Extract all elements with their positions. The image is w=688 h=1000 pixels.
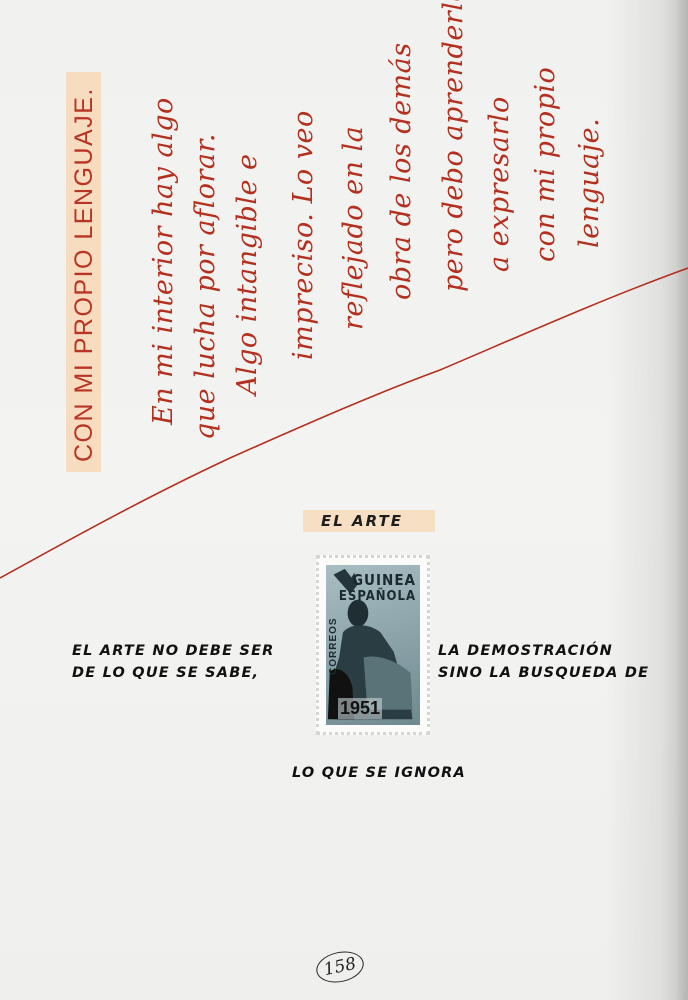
stamp-country-line2: ESPAÑOLA bbox=[339, 589, 416, 604]
stamp-image: GUINEA ESPAÑOLA CORREOS 1951 bbox=[326, 565, 420, 725]
red-line-4: impreciso. Lo veo bbox=[288, 110, 319, 360]
red-line-1: En mi interior hay algo bbox=[148, 97, 179, 425]
red-line-9: con mi propio bbox=[530, 67, 561, 262]
postage-stamp: GUINEA ESPAÑOLA CORREOS 1951 bbox=[316, 555, 430, 735]
stamp-side-text: CORREOS bbox=[328, 617, 339, 675]
red-line-10: lenguaje. bbox=[574, 118, 605, 248]
stamp-value: 1951 bbox=[338, 698, 382, 719]
red-line-3: Algo intangible e bbox=[232, 154, 263, 396]
right-phrase: la demostración sino la busqueda de bbox=[438, 640, 649, 684]
stamp-country-line1: GUINEA bbox=[352, 571, 416, 589]
right-phrase-line-2: sino la busqueda de bbox=[438, 662, 649, 684]
red-line-2: que lucha por aflorar. bbox=[190, 133, 221, 440]
red-line-8: a expresarlo bbox=[484, 96, 515, 272]
left-phrase: El arte no debe ser de lo que se sabe, bbox=[72, 640, 275, 684]
red-line-7: pero debo aprenderlo bbox=[438, 0, 469, 292]
vertical-title: Con mi propio lenguaje. bbox=[66, 72, 101, 472]
right-phrase-line-1: la demostración bbox=[438, 640, 649, 662]
el-arte-label: EL ARTE bbox=[303, 510, 435, 532]
bottom-phrase: Lo que se ignora bbox=[292, 762, 466, 784]
left-phrase-line-2: de lo que se sabe, bbox=[72, 662, 275, 684]
left-phrase-line-1: El arte no debe ser bbox=[72, 640, 275, 662]
red-line-5: reflejado en la bbox=[338, 126, 369, 330]
red-line-6: obra de los demás bbox=[386, 42, 417, 300]
notebook-page: Con mi propio lenguaje. En mi interior h… bbox=[0, 0, 688, 1000]
